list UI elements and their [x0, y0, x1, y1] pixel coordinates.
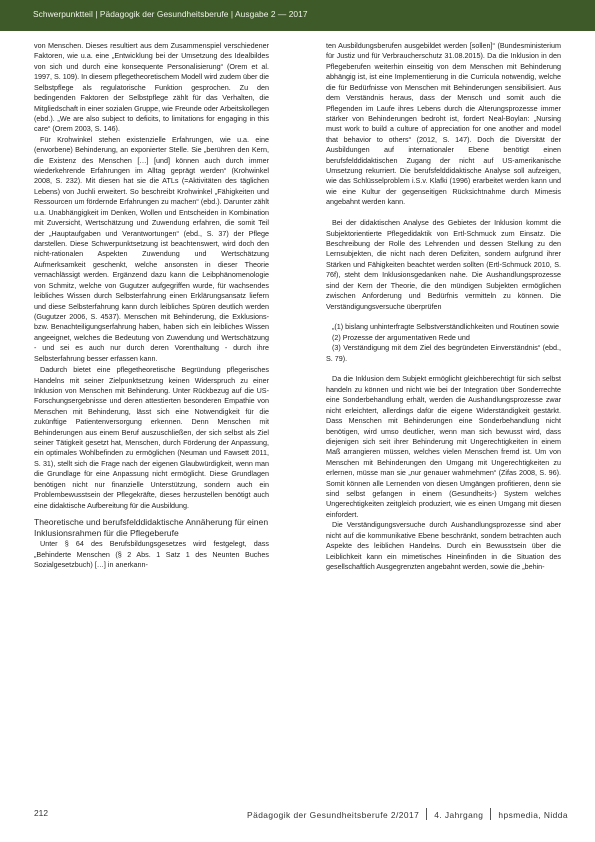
- page-number: 212: [34, 808, 48, 818]
- footer-citation: Pädagogik der Gesundheitsberufe 2/20174.…: [247, 808, 568, 820]
- running-header-bar: Schwerpunktteil | Pädagogik der Gesundhe…: [0, 0, 595, 31]
- quote-list-item: „(1) bislang unhinterfragte Selbstverstä…: [326, 322, 561, 332]
- volume: 4. Jahrgang: [434, 810, 483, 820]
- quote-list-item: (2) Prozesse der argumentativen Rede und: [326, 333, 561, 343]
- paragraph: Für Krohwinkel stehen existenzielle Erfa…: [34, 135, 269, 364]
- right-text-column: ten Ausbildungsberufen ausgebildet werde…: [326, 41, 561, 572]
- running-header-title: Schwerpunktteil | Pädagogik der Gesundhe…: [33, 9, 308, 19]
- quote-list: „(1) bislang unhinterfragte Selbstverstä…: [326, 322, 561, 364]
- spacer: [326, 208, 561, 218]
- section-heading: Theoretische und berufsfelddidaktische A…: [34, 517, 269, 539]
- paragraph: Die Verständigungsversuche durch Aushand…: [326, 520, 561, 572]
- spacer: [326, 364, 561, 374]
- paragraph: Unter § 64 des Berufsbildungsgesetzes wi…: [34, 539, 269, 570]
- page-footer: 212 Pädagogik der Gesundheitsberufe 2/20…: [0, 808, 595, 824]
- quote-list-item: (3) Verständigung mit dem Ziel des begrü…: [326, 343, 561, 364]
- paragraph: von Menschen. Dieses resultiert aus dem …: [34, 41, 269, 135]
- publisher: hpsmedia, Nidda: [498, 810, 568, 820]
- paragraph: Dadurch bietet eine pflegetheoretische B…: [34, 365, 269, 511]
- footer-divider: [490, 808, 491, 820]
- journal-name: Pädagogik der Gesundheitsberufe 2/2017: [247, 810, 419, 820]
- spacer: [326, 312, 561, 322]
- paragraph: Da die Inklusion dem Subjekt ermöglicht …: [326, 374, 561, 520]
- paragraph: ten Ausbildungsberufen ausgebildet werde…: [326, 41, 561, 208]
- left-text-column: von Menschen. Dieses resultiert aus dem …: [34, 41, 269, 571]
- footer-divider: [426, 808, 427, 820]
- paragraph: Bei der didaktischen Analyse des Gebiete…: [326, 218, 561, 312]
